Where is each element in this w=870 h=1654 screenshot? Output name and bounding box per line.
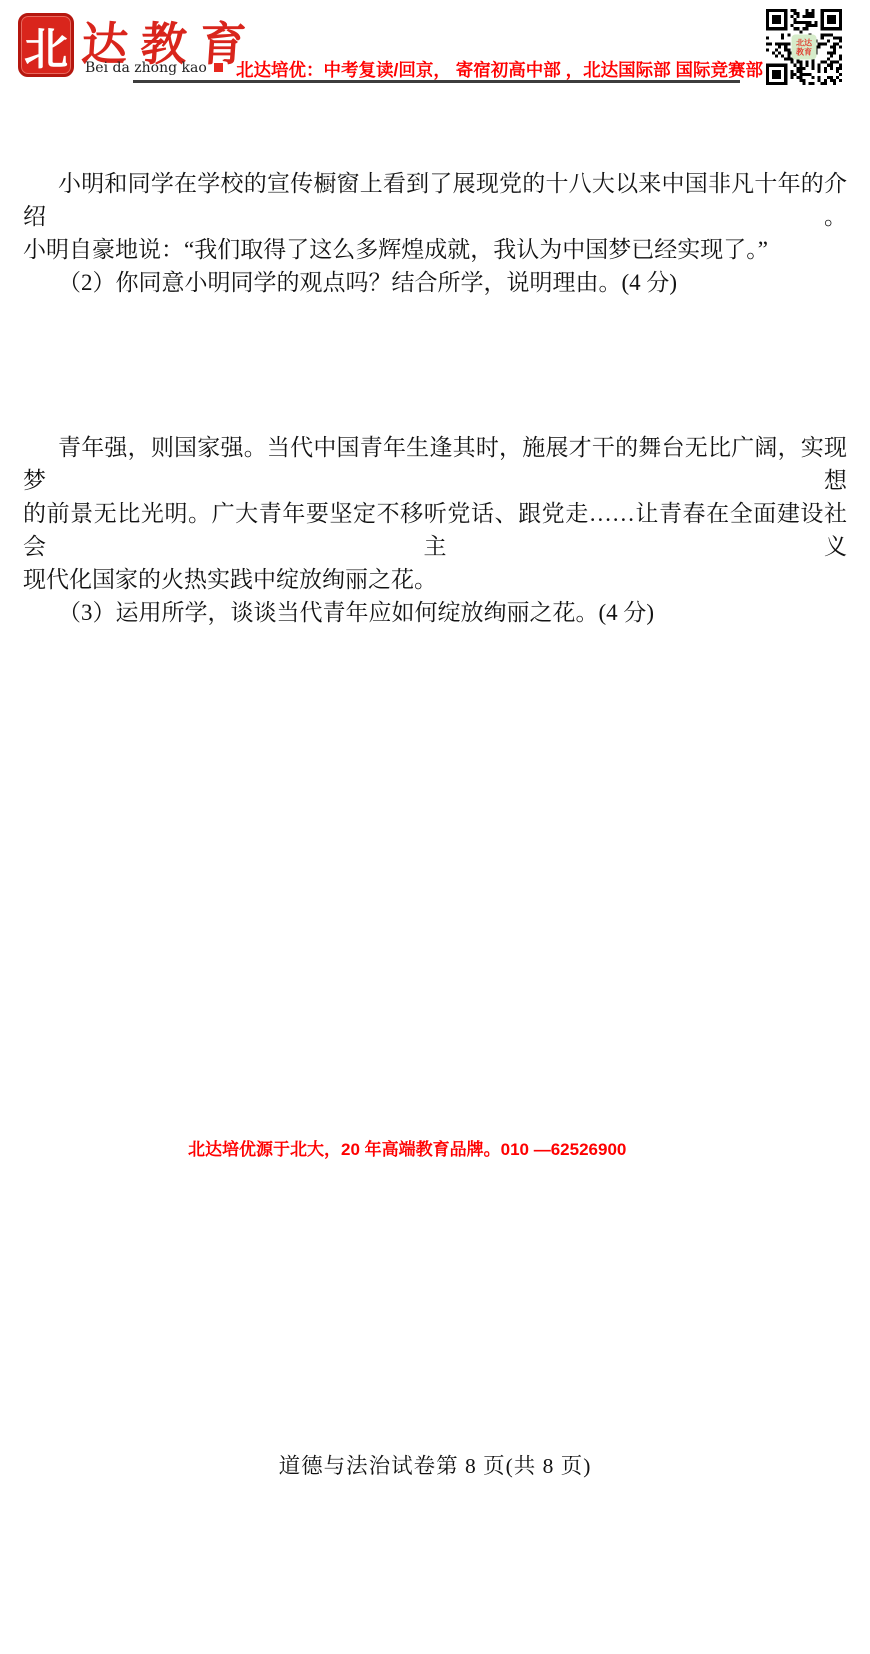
promo-line: 北达培优源于北大，20 年高端教育品牌。010 —62526900 <box>188 1135 626 1160</box>
beida-seal-logo-icon: 北 <box>18 13 74 77</box>
qr-code: 北达 教育 <box>763 9 845 85</box>
question-3: （3）运用所学，谈谈当代青年应如何绽放绚丽之花。(4 分) <box>23 596 847 629</box>
seal-character: 北 <box>24 13 68 77</box>
question-2: （2）你同意小明同学的观点吗？结合所学，说明理由。(4 分) <box>23 266 847 299</box>
qr-badge-line1: 北达 <box>796 38 812 47</box>
header-divider <box>133 80 740 83</box>
footer-page-number: 道德与法治试卷第 8 页(共 8 页) <box>0 1449 870 1480</box>
brand-romanized-text: Bei da zhong kao <box>85 60 207 76</box>
passage-2-line-3: 现代化国家的火热实践中绽放绚丽之花。 <box>23 563 847 596</box>
qr-badge-line2: 教育 <box>796 47 812 56</box>
brand-romanized: Bei da zhong kao <box>85 60 223 76</box>
exam-paper-page: 北 达教育 Bei da zhong kao 北达培优：中考复读/回京， 寄宿初… <box>0 0 870 1654</box>
header-tagline: 北达培优：中考复读/回京， 寄宿初高中部 ，北达国际部 国际竞赛部 <box>236 57 763 82</box>
qr-center-badge: 北达 教育 <box>792 35 817 60</box>
red-square-icon <box>214 63 223 72</box>
passage-2-line-1: 青年强，则国家强。当代中国青年生逢其时，施展才干的舞台无比广阔，实现梦想 <box>23 431 847 497</box>
passage-2-line-2: 的前景无比光明。广大青年要坚定不移听党话、跟党走……让青春在全面建设社会主义 <box>23 497 847 563</box>
passage-2-block: 青年强，则国家强。当代中国青年生逢其时，施展才干的舞台无比广阔，实现梦想 的前景… <box>23 431 847 629</box>
passage-1-block: 小明和同学在学校的宣传橱窗上看到了展现党的十八大以来中国非凡十年的介绍。 小明自… <box>23 167 847 299</box>
passage-1-line-2: 小明自豪地说：“我们取得了这么多辉煌成就，我认为中国梦已经实现了。” <box>23 233 847 266</box>
passage-1-line-1: 小明和同学在学校的宣传橱窗上看到了展现党的十八大以来中国非凡十年的介绍。 <box>23 167 847 233</box>
